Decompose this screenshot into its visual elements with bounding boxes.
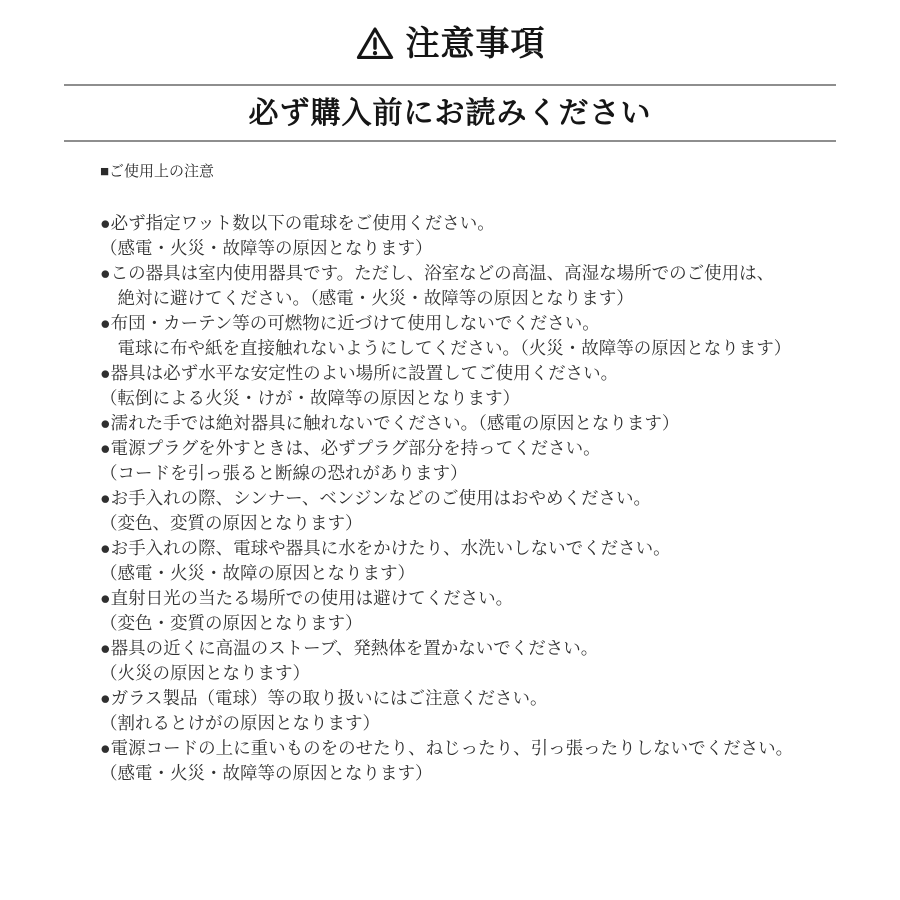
page-title: 注意事項 (406, 24, 546, 64)
notice-line: 絶対に避けてください。（感電・火災・故障等の原因となります） (100, 286, 812, 311)
notice-line: ●器具は必ず水平な安定性のよい場所に設置してご使用ください。 (100, 361, 812, 386)
warning-triangle-icon (355, 24, 395, 64)
notice-line: ●お手入れの際、電球や器具に水をかけたり、水洗いしないでください。 (100, 536, 812, 561)
subtitle: 必ず購入前にお読みください (0, 86, 900, 140)
notice-item: ●直射日光の当たる場所での使用は避けてください。 （変色・変質の原因となります） (100, 586, 812, 636)
notice-line: （感電・火災・故障等の原因となります） (100, 236, 812, 261)
notice-line: 電球に布や紙を直接触れないようにしてください。（火災・故障等の原因となります） (100, 336, 812, 361)
notice-line: （感電・火災・故障の原因となります） (100, 561, 812, 586)
notice-line: ●直射日光の当たる場所での使用は避けてください。 (100, 586, 812, 611)
notice-item: ●必ず指定ワット数以下の電球をご使用ください。 （感電・火災・故障等の原因となり… (100, 211, 812, 261)
notice-item: ●この器具は室内使用器具です。ただし、浴室などの高温、高湿な場所でのご使用は、 … (100, 261, 812, 311)
notice-item: ●お手入れの際、シンナー、ベンジンなどのご使用はおやめください。 （変色、変質の… (100, 486, 812, 536)
notice-item: ●器具の近くに高温のストーブ、発熱体を置かないでください。 （火災の原因となりま… (100, 636, 812, 686)
notice-line: ●必ず指定ワット数以下の電球をご使用ください。 (100, 211, 812, 236)
notice-line: ●濡れた手では絶対器具に触れないでください。（感電の原因となります） (100, 411, 812, 436)
notice-item: ●布団・カーテン等の可燃物に近づけて使用しないでください。 電球に布や紙を直接触… (100, 311, 812, 361)
notice-item: ●電源プラグを外すときは、必ずプラグ部分を持ってください。 （コードを引っ張ると… (100, 436, 812, 486)
notice-line: ●この器具は室内使用器具です。ただし、浴室などの高温、高湿な場所でのご使用は、 (100, 261, 812, 286)
notice-line: （火災の原因となります） (100, 661, 812, 686)
notice-line: ●布団・カーテン等の可燃物に近づけて使用しないでください。 (100, 311, 812, 336)
notice-line: （割れるとけがの原因となります） (100, 711, 812, 736)
notice-list: ●必ず指定ワット数以下の電球をご使用ください。 （感電・火災・故障等の原因となり… (100, 211, 812, 786)
notice-line: ●電源プラグを外すときは、必ずプラグ部分を持ってください。 (100, 436, 812, 461)
section-heading: ■ご使用上の注意 (100, 163, 900, 181)
notice-line: ●器具の近くに高温のストーブ、発熱体を置かないでください。 (100, 636, 812, 661)
notice-line: （転倒による火災・けが・故障等の原因となります） (100, 386, 812, 411)
notice-item: ●お手入れの際、電球や器具に水をかけたり、水洗いしないでください。 （感電・火災… (100, 536, 812, 586)
notice-line: （変色・変質の原因となります） (100, 611, 812, 636)
notice-line: （感電・火災・故障等の原因となります） (100, 761, 812, 786)
notice-item: ●器具は必ず水平な安定性のよい場所に設置してご使用ください。 （転倒による火災・… (100, 361, 812, 411)
notice-item: ●ガラス製品（電球）等の取り扱いにはご注意ください。 （割れるとけがの原因となり… (100, 686, 812, 736)
notice-line: （変色、変質の原因となります） (100, 511, 812, 536)
notice-line: （コードを引っ張ると断線の恐れがあります） (100, 461, 812, 486)
notice-item: ●濡れた手では絶対器具に触れないでください。（感電の原因となります） (100, 411, 812, 436)
divider-line-bottom (64, 140, 836, 142)
notice-line: ●電源コードの上に重いものをのせたり、ねじったり、引っ張ったりしないでください。 (100, 736, 812, 761)
page-title-row: 注意事項 (0, 0, 900, 64)
notice-item: ●電源コードの上に重いものをのせたり、ねじったり、引っ張ったりしないでください。… (100, 736, 812, 786)
notice-line: ●ガラス製品（電球）等の取り扱いにはご注意ください。 (100, 686, 812, 711)
caution-document-page: 注意事項 必ず購入前にお読みください ■ご使用上の注意 ●必ず指定ワット数以下の… (0, 0, 900, 900)
notice-line: ●お手入れの際、シンナー、ベンジンなどのご使用はおやめください。 (100, 486, 812, 511)
